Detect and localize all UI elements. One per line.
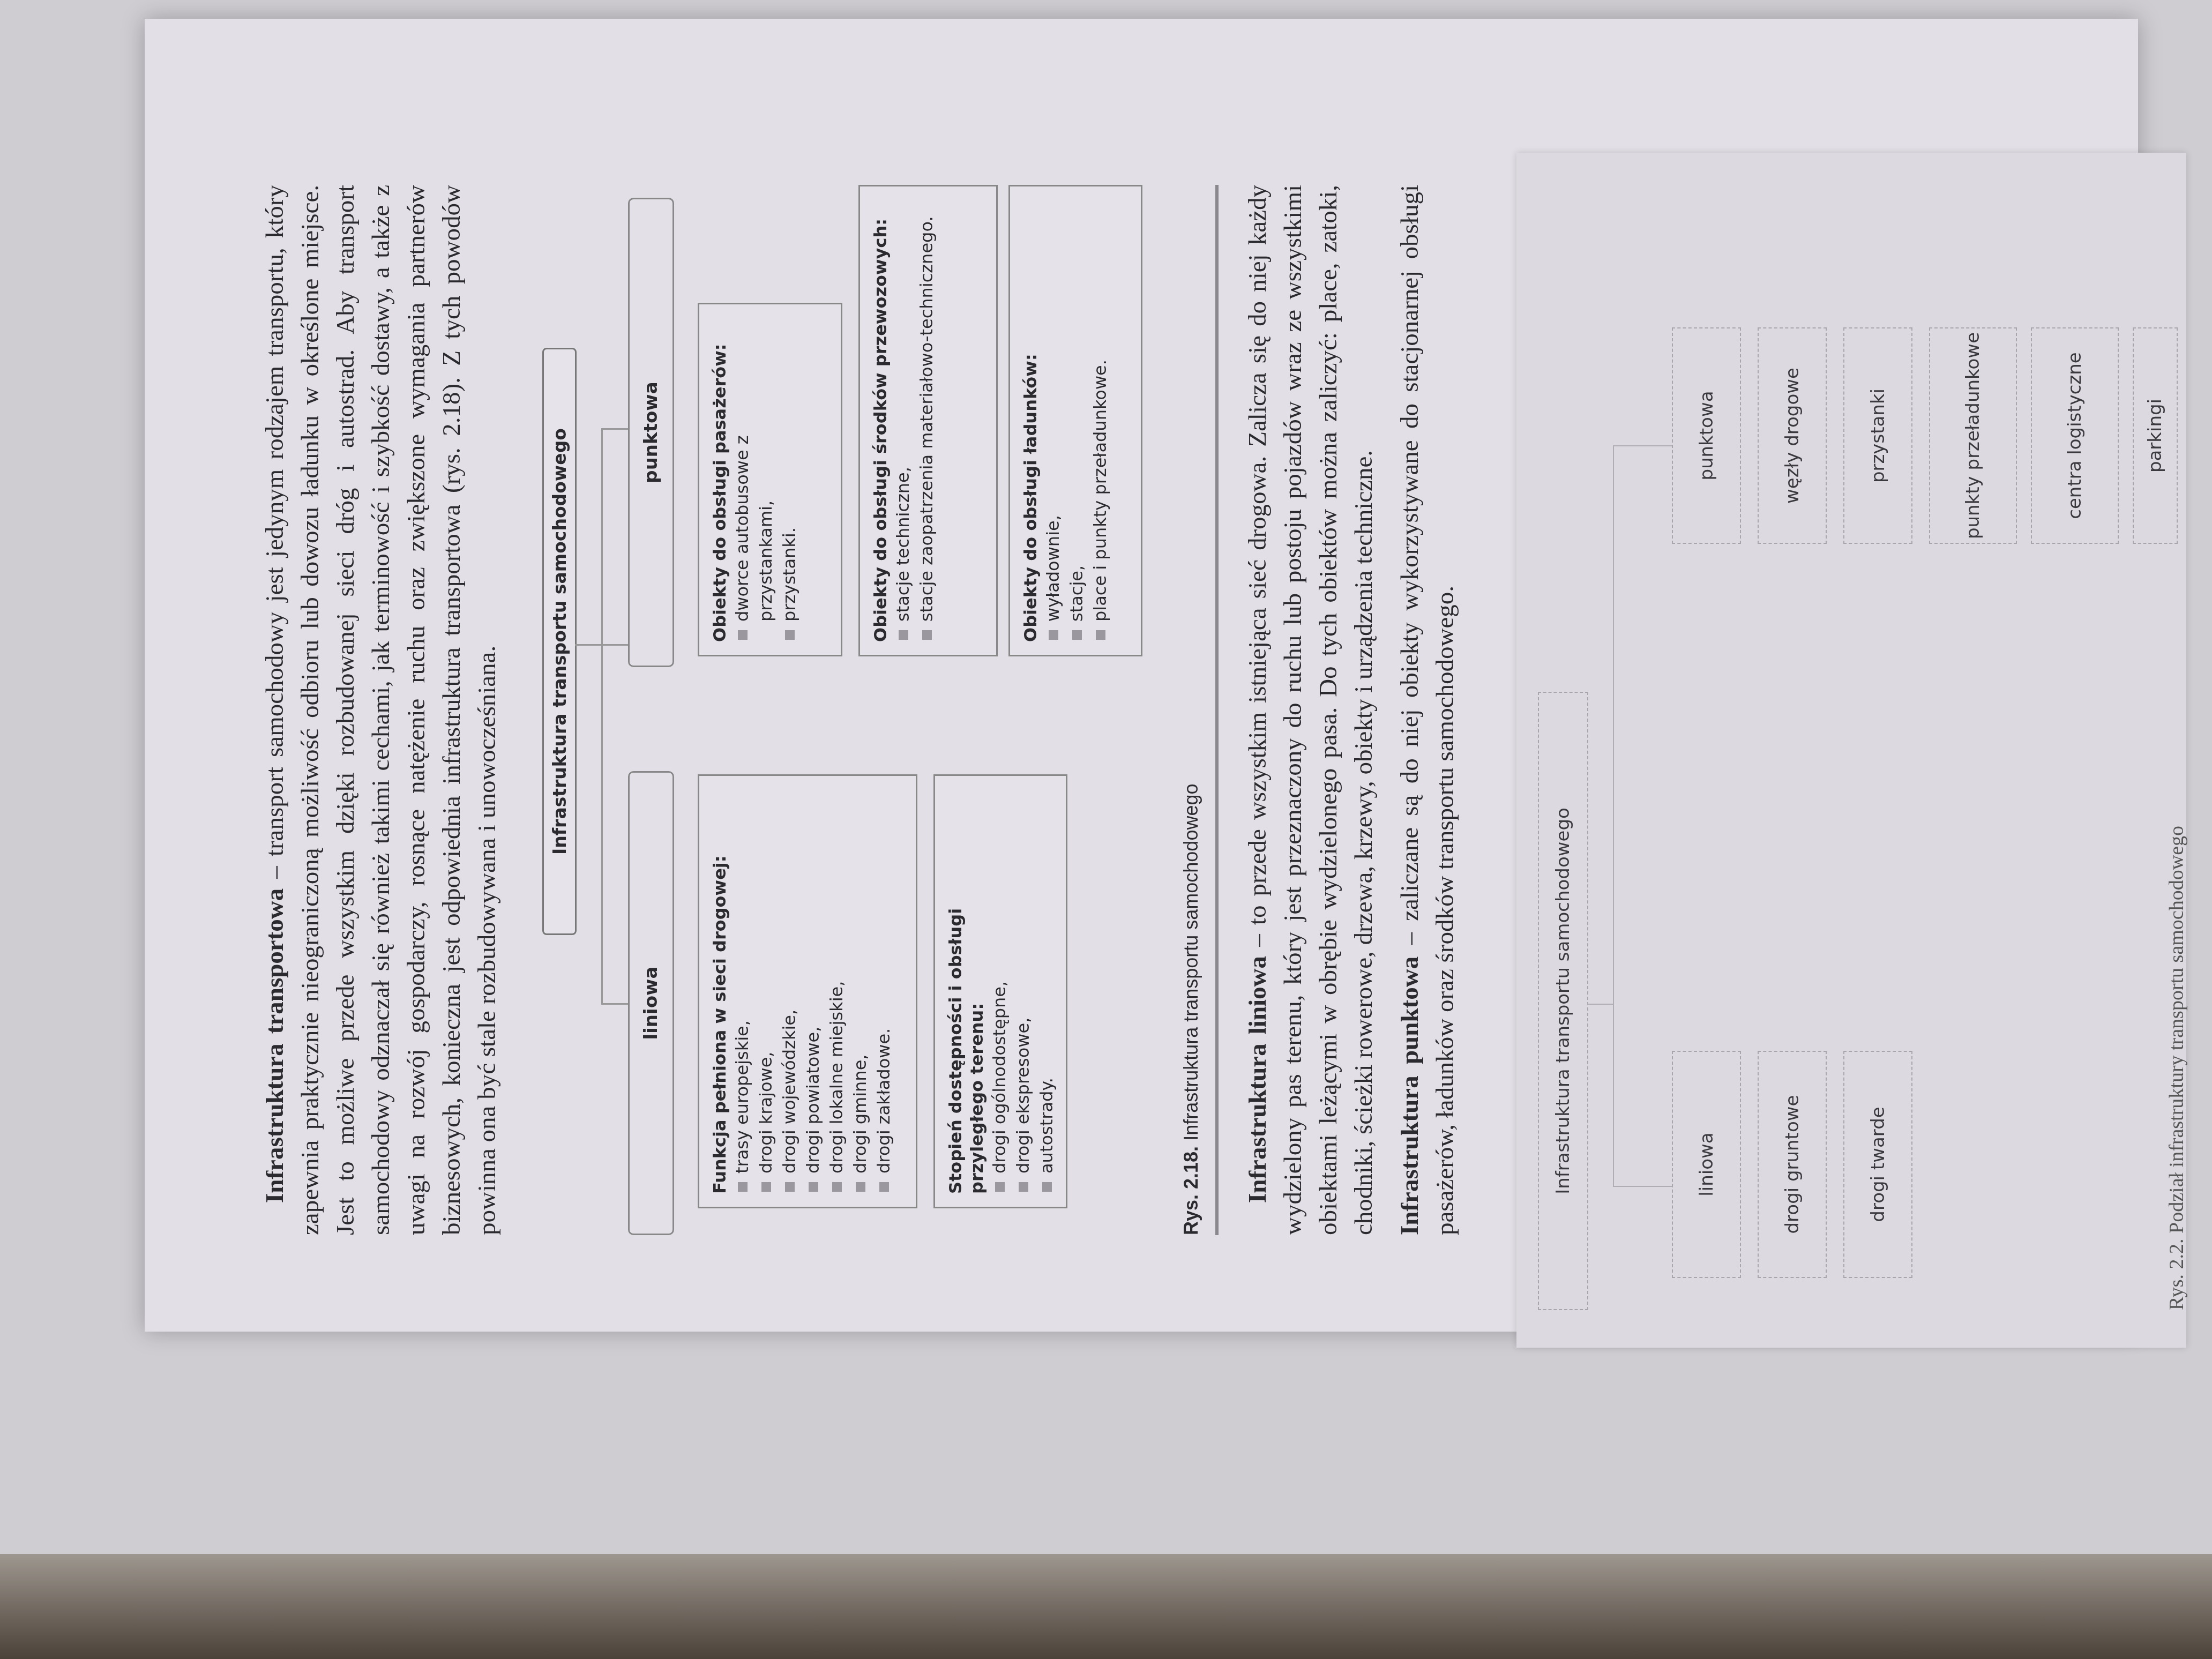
list-item: autostrady. (1035, 789, 1058, 1194)
branch-liniowa: liniowa (628, 771, 674, 1235)
sheet-left-1: drogi gruntowe (1758, 1051, 1827, 1278)
sheet-right-4: centra logistyczne (2031, 327, 2119, 544)
point-term: Infrastruktura punktowa (1396, 956, 1424, 1235)
diagram-root: Infrastruktura transportu samochodowego (542, 348, 577, 935)
sheet-root: Infrastruktura transportu samochodowego (1538, 692, 1588, 1310)
list-item: stacje techniczne, (891, 199, 915, 642)
card-title: Funkcja pełniona w sieci drogowej: (709, 789, 730, 1194)
textbook-page: Infrastruktura transportowa – transport … (145, 19, 2138, 1332)
list-item: drogi gminne, (848, 789, 872, 1194)
list-item: przystanki. (778, 317, 801, 642)
figure-caption: Rys. 2.18. Infrastruktura transportu sam… (1180, 185, 1202, 1235)
linear-paragraph: Infrastruktura liniowa – to przede wszys… (1240, 185, 1381, 1235)
sheet-left-0: liniowa (1672, 1051, 1741, 1278)
figure-2-18-diagram: Infrastruktura transportu samochodowego … (542, 185, 1067, 1235)
sheet-right-3: punkty przeładunkowe (1929, 327, 2017, 544)
table-edge (0, 1554, 2212, 1659)
sheet-right-5: parkingi (2133, 327, 2178, 544)
list-item: drogi zakładowe. (872, 789, 895, 1194)
list-item: drogi ekspresowe, (1011, 789, 1035, 1194)
point-paragraph: Infrastruktura punktowa – zaliczane są d… (1392, 185, 1463, 1235)
card-title: Obiekty do obsługi środków przewozowych: (870, 199, 891, 642)
card-stopien-dostepnosci: Stopień dostępności i obsługi przyległeg… (933, 774, 1067, 1208)
branch-punktowa: punktowa (628, 198, 674, 667)
list-item: drogi wojewódzkie, (778, 789, 801, 1194)
card-title: Obiekty do obsługi ładunków: (1020, 199, 1041, 642)
card-funkcja: Funkcja pełniona w sieci drogowej: trasy… (698, 774, 917, 1208)
list-item: drogi krajowe, (754, 789, 778, 1194)
caption-label: Rys. 2.18. (1180, 1146, 1202, 1235)
list-item: drogi lokalne miejskie, (825, 789, 848, 1194)
card-title: Obiekty do obsługi pasażerów: (709, 317, 730, 642)
card-obsluga-pasazerow: Obiekty do obsługi pasażerów: dworce aut… (698, 303, 842, 656)
card-obsluga-ladunkow: Obiekty do obsługi ładunków: wyładownie,… (1008, 185, 1142, 656)
list-item: drogi powiatowe, (801, 789, 825, 1194)
list-item: stacje, (1065, 199, 1088, 642)
card-title: Stopień dostępności i obsługi przyległeg… (945, 789, 988, 1194)
linear-term: Infrastruktura liniowa (1244, 956, 1272, 1203)
sheet-right-2: przystanki (1843, 327, 1912, 544)
caption-text: Infrastruktura transportu samochodowego (1180, 784, 1202, 1146)
card-obsluga-srodkow: Obiekty do obsługi środków przewozowych:… (858, 185, 998, 656)
list-item: dworce autobusowe z przystankami, (730, 317, 778, 642)
list-item: stacje zaopatrzenia materiałowo-technicz… (915, 199, 938, 642)
pasted-diagram-sheet: Infrastruktura transportu samochodowego … (1516, 153, 2186, 1348)
sheet-left-2: drogi twarde (1843, 1051, 1912, 1278)
sheet-right-1: węzły drogowe (1758, 327, 1827, 544)
list-item: wyładownie, (1041, 199, 1065, 642)
divider (1215, 185, 1219, 1235)
intro-paragraph: Infrastruktura transportowa – transport … (257, 185, 505, 1235)
intro-term: Infrastruktura transportowa (261, 888, 289, 1203)
list-item: place i punkty przeładunkowe. (1088, 199, 1112, 642)
sheet-right-0: punktowa (1672, 327, 1741, 544)
list-item: drogi ogólnodostępne, (988, 789, 1011, 1194)
sheet-caption: Rys. 2.2. Podział infrastruktury transpo… (2165, 826, 2188, 1310)
list-item: trasy europejskie, (730, 789, 754, 1194)
intro-text: – transport samochodowy jest jedynym rod… (261, 185, 501, 1235)
